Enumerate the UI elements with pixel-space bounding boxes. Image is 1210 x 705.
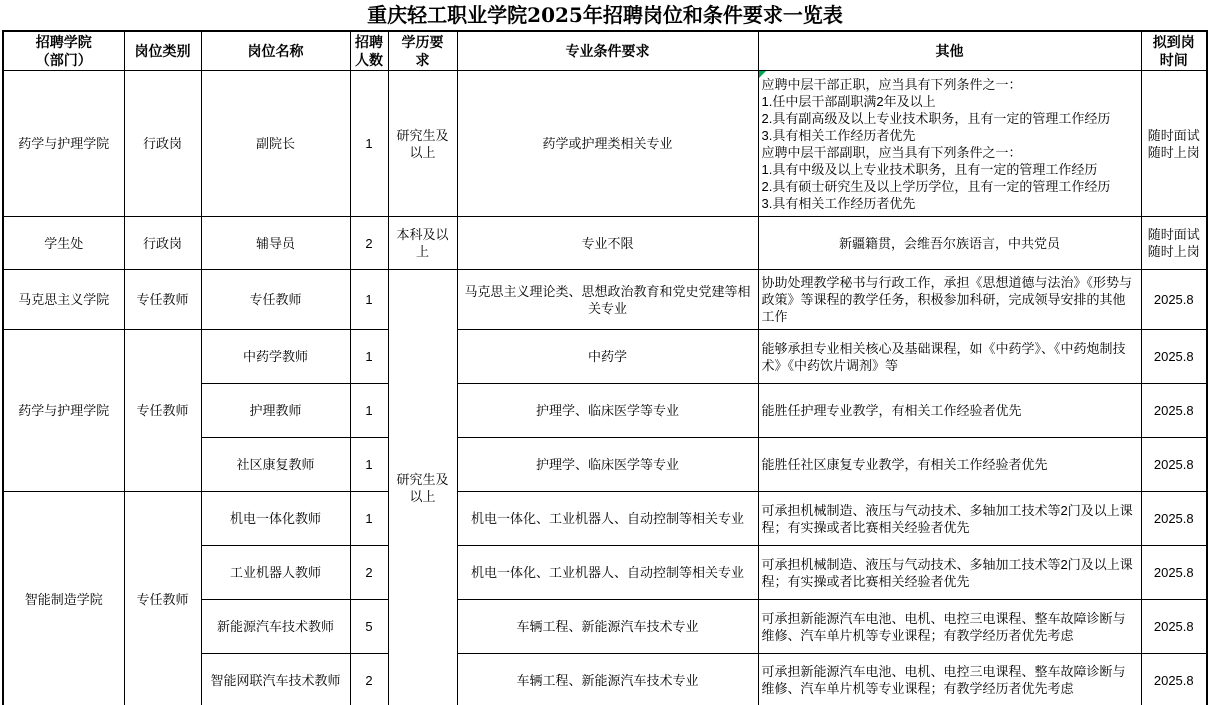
recruitment-table: 招聘学院 （部门） 岗位类别 岗位名称 招聘 人数 学历要 求 专业条件要求 其…: [2, 30, 1208, 705]
header-row: 招聘学院 （部门） 岗位类别 岗位名称 招聘 人数 学历要 求 专业条件要求 其…: [3, 31, 1207, 71]
position-cell: 副院长: [201, 71, 350, 217]
header-other: 其他: [758, 31, 1141, 71]
count-cell: 2: [350, 217, 388, 270]
other-cell: 能胜任社区康复专业教学，有相关工作经验者优先: [758, 438, 1141, 492]
position-cell: 社区康复教师: [201, 438, 350, 492]
education-cell: 研究生及 以上: [388, 71, 457, 217]
college-cell: 药学与护理学院: [3, 330, 124, 492]
other-cell: 可承担新能源汽车电池、电机、电控三电课程、整车故障诊断与维修、汽车单片机等专业课…: [758, 654, 1141, 705]
other-cell-text: 应聘中层干部正职，应当具有下列条件之一： 1.任中层干部副职满2年及以上 2.具…: [762, 77, 1111, 211]
cell-note-marker: [759, 71, 766, 78]
category-cell: 专任教师: [124, 330, 201, 492]
count-cell: 1: [350, 270, 388, 330]
position-cell: 工业机器人教师: [201, 546, 350, 600]
table-row: 学生处 行政岗 辅导员 2 本科及以 上 专业不限 新疆籍贯，会维吾尔族语言，中…: [3, 217, 1207, 270]
other-cell: 新疆籍贯，会维吾尔族语言，中共党员: [758, 217, 1141, 270]
table-row: 药学与护理学院 行政岗 副院长 1 研究生及 以上 药学或护理类相关专业 应聘中…: [3, 71, 1207, 217]
major-cell: 马克思主义理论类、思想政治教育和党史党建等相关专业: [457, 270, 758, 330]
time-cell: 2025.8: [1141, 438, 1207, 492]
major-cell: 药学或护理类相关专业: [457, 71, 758, 217]
other-cell: 能够承担专业相关核心及基础课程，如《中药学》、《中药炮制技术》《中药饮片调剂》等: [758, 330, 1141, 384]
page-title: 重庆轻工职业学院2025年招聘岗位和条件要求一览表: [2, 0, 1208, 30]
education-cell: 本科及以 上: [388, 217, 457, 270]
category-cell: 行政岗: [124, 217, 201, 270]
header-time: 拟到岗 时间: [1141, 31, 1207, 71]
position-cell: 护理教师: [201, 384, 350, 438]
position-cell: 中药学教师: [201, 330, 350, 384]
count-cell: 1: [350, 330, 388, 384]
category-cell: 专任教师: [124, 270, 201, 330]
page: 重庆轻工职业学院2025年招聘岗位和条件要求一览表 招聘学院 （部门） 岗位类别…: [0, 0, 1210, 705]
header-education: 学历要 求: [388, 31, 457, 71]
header-position: 岗位名称: [201, 31, 350, 71]
other-cell: 可承担新能源汽车电池、电机、电控三电课程、整车故障诊断与维修、汽车单片机等专业课…: [758, 600, 1141, 654]
header-college: 招聘学院 （部门）: [3, 31, 124, 71]
category-cell: 行政岗: [124, 71, 201, 217]
position-cell: 智能网联汽车技术教师: [201, 654, 350, 705]
major-cell: 护理学、临床医学等专业: [457, 438, 758, 492]
time-cell: 2025.8: [1141, 600, 1207, 654]
category-cell: 专任教师: [124, 492, 201, 705]
count-cell: 1: [350, 438, 388, 492]
other-cell: 可承担机械制造、液压与气动技术、多轴加工技术等2门及以上课程；有实操或者比赛相关…: [758, 546, 1141, 600]
major-cell: 护理学、临床医学等专业: [457, 384, 758, 438]
count-cell: 2: [350, 546, 388, 600]
table-row: 马克思主义学院 专任教师 专任教师 1 研究生及 以上 马克思主义理论类、思想政…: [3, 270, 1207, 330]
table-row: 药学与护理学院 专任教师 中药学教师 1 中药学 能够承担专业相关核心及基础课程…: [3, 330, 1207, 384]
time-cell: 2025.8: [1141, 654, 1207, 705]
count-cell: 2: [350, 654, 388, 705]
college-cell: 智能制造学院: [3, 492, 124, 705]
other-cell: 能胜任护理专业教学，有相关工作经验者优先: [758, 384, 1141, 438]
position-cell: 辅导员: [201, 217, 350, 270]
position-cell: 机电一体化教师: [201, 492, 350, 546]
major-cell: 车辆工程、新能源汽车技术专业: [457, 654, 758, 705]
time-cell: 2025.8: [1141, 384, 1207, 438]
other-cell: 协助处理教学秘书与行政工作，承担《思想道德与法治》《形势与政策》等课程的教学任务…: [758, 270, 1141, 330]
major-cell: 车辆工程、新能源汽车技术专业: [457, 600, 758, 654]
header-major: 专业条件要求: [457, 31, 758, 71]
header-count: 招聘 人数: [350, 31, 388, 71]
count-cell: 1: [350, 71, 388, 217]
time-cell: 2025.8: [1141, 270, 1207, 330]
count-cell: 1: [350, 492, 388, 546]
other-cell: 可承担机械制造、液压与气动技术、多轴加工技术等2门及以上课程；有实操或者比赛相关…: [758, 492, 1141, 546]
time-cell: 2025.8: [1141, 330, 1207, 384]
position-cell: 新能源汽车技术教师: [201, 600, 350, 654]
position-cell: 专任教师: [201, 270, 350, 330]
count-cell: 1: [350, 384, 388, 438]
college-cell: 马克思主义学院: [3, 270, 124, 330]
time-cell: 2025.8: [1141, 492, 1207, 546]
other-cell: 应聘中层干部正职，应当具有下列条件之一： 1.任中层干部副职满2年及以上 2.具…: [758, 71, 1141, 217]
major-cell: 机电一体化、工业机器人、自动控制等相关专业: [457, 492, 758, 546]
major-cell: 机电一体化、工业机器人、自动控制等相关专业: [457, 546, 758, 600]
college-cell: 学生处: [3, 217, 124, 270]
time-cell: 随时面试 随时上岗: [1141, 217, 1207, 270]
education-merged-cell: 研究生及 以上: [388, 270, 457, 705]
major-cell: 中药学: [457, 330, 758, 384]
count-cell: 5: [350, 600, 388, 654]
table-row: 智能制造学院 专任教师 机电一体化教师 1 机电一体化、工业机器人、自动控制等相…: [3, 492, 1207, 546]
time-cell: 2025.8: [1141, 546, 1207, 600]
major-cell: 专业不限: [457, 217, 758, 270]
header-category: 岗位类别: [124, 31, 201, 71]
time-cell: 随时面试 随时上岗: [1141, 71, 1207, 217]
college-cell: 药学与护理学院: [3, 71, 124, 217]
